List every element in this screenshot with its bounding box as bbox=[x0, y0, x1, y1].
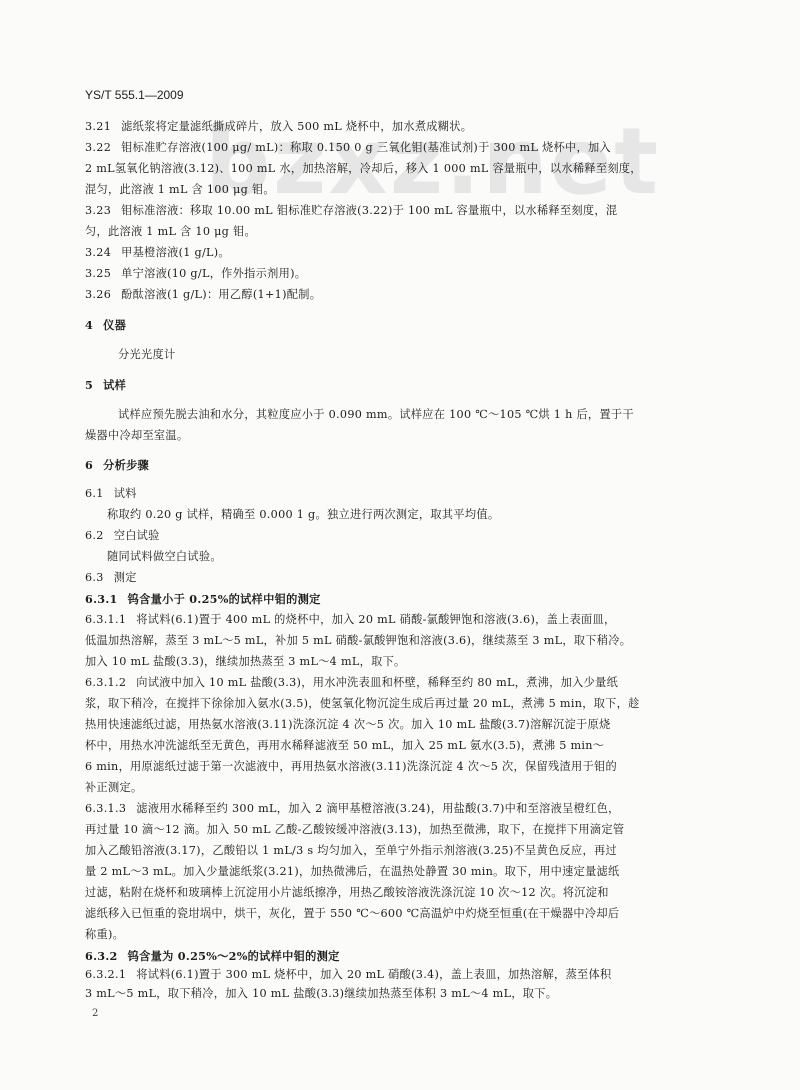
text-line: 2 mL氢氧化钠溶液(3.12)、100 mL 水，加热溶解，冷却后，移入 1 … bbox=[85, 162, 642, 176]
clause-6-3-2-1: 6.3.2.1将试料(6.1)置于 300 mL 烧杯中，加入 20 mL 硝酸… bbox=[85, 968, 611, 982]
text-line: 燥器中冷却至室温。 bbox=[85, 429, 188, 443]
text-line: 浆，取下稍冷，在搅拌下徐徐加入氨水(3.5)，使氢氧化物沉淀生成后再过量 20 … bbox=[85, 697, 640, 711]
clause-6-3-2: 6.3.2钨含量为 0.25%～2%的试样中钼的测定 bbox=[85, 949, 340, 963]
clause-6-3-1: 6.3.1钨含量小于 0.25%的试样中钼的测定 bbox=[85, 592, 321, 606]
clause-3-23: 3.23钼标准溶液：移取 10.00 mL 钼标准贮存溶液(3.22)于 100… bbox=[85, 204, 617, 218]
standard-code-header: YS/T 555.1—2009 bbox=[85, 88, 184, 102]
clause-6-3: 6.3测定 bbox=[85, 571, 137, 585]
text-line: 滤纸移入已恒重的瓷坩埚中，烘干，灰化，置于 550 ℃～600 ℃高温炉中灼烧至… bbox=[85, 907, 619, 921]
section-6-heading: 6分析步骤 bbox=[85, 458, 149, 472]
text-line: 低温加热溶解，蒸至 3 mL～5 mL，补加 5 mL 硝酸-氯酸钾饱和溶液(3… bbox=[85, 634, 631, 648]
text-line: 过滤，粘附在烧杯和玻璃棒上沉淀用小片滤纸擦净，用热乙酸铵溶液洗涤沉淀 10 次～… bbox=[85, 886, 609, 900]
text-line: 6 min，用原滤纸过滤于第一次滤液中，再用热氨水溶液(3.11)洗涤沉淀 4 … bbox=[85, 760, 617, 774]
text-line: 称重)。 bbox=[85, 928, 124, 942]
text-line: 随同试料做空白试验。 bbox=[107, 550, 222, 564]
text-line: 热用快速滤纸过滤，用热氨水溶液(3.11)洗涤沉淀 4 次～5 次。加入 10 … bbox=[85, 718, 610, 732]
text-line: 量 2 mL～3 mL。加入少量滤纸浆(3.21)，加热微沸后，在温热处静置 3… bbox=[85, 865, 620, 879]
section-5-heading: 5试样 bbox=[85, 378, 126, 392]
document-page: YS/T 555.1—2009 3.21滤纸浆将定量滤纸撕成碎片，放入 500 … bbox=[0, 0, 800, 1090]
clause-3-26: 3.26酚酞溶液(1 g/L)：用乙醇(1+1)配制。 bbox=[85, 288, 321, 302]
clause-6-2: 6.2空白试验 bbox=[85, 529, 160, 543]
clause-6-3-1-1: 6.3.1.1将试料(6.1)置于 400 mL 的烧杯中，加入 20 mL 硝… bbox=[85, 613, 616, 627]
text-line: 加入乙酸铅溶液(3.17)，乙酸铅以 1 mL/3 s 均匀加入，至单宁外指示剂… bbox=[85, 844, 617, 858]
text-line: 补正测定。 bbox=[85, 781, 142, 795]
text-line: 3 mL～5 mL，取下稍冷，加入 10 mL 盐酸(3.3)继续加热蒸至体积 … bbox=[85, 987, 557, 1001]
clause-3-21: 3.21滤纸浆将定量滤纸撕成碎片，放入 500 mL 烧杯中，加水煮成糊状。 bbox=[85, 120, 472, 134]
text-line: 混匀，此溶液 1 mL 含 100 μg 钼。 bbox=[85, 183, 275, 197]
clause-3-24: 3.24甲基橙溶液(1 g/L)。 bbox=[85, 246, 230, 260]
text-line: 加入 10 mL 盐酸(3.3)，继续加热蒸至 3 mL～4 mL，取下。 bbox=[85, 655, 406, 669]
section-4-heading: 4仪器 bbox=[85, 318, 126, 332]
clause-6-3-1-3: 6.3.1.3滤液用水稀释至约 300 mL，加入 2 滴甲基橙溶液(3.24)… bbox=[85, 802, 620, 816]
clause-6-3-1-2: 6.3.1.2向试液中加入 10 mL 盐酸(3.3)，用水冲洗表皿和杯壁，稀释… bbox=[85, 676, 618, 690]
page-number: 2 bbox=[92, 1008, 98, 1019]
text-line: 匀，此溶液 1 mL 含 10 μg 钼。 bbox=[85, 225, 256, 239]
text-line: 称取约 0.20 g 试样，精确至 0.000 1 g。独立进行两次测定，取其平… bbox=[107, 508, 499, 522]
text-line: 再过量 10 滴～12 滴。加入 50 mL 乙酸-乙酸铵缓冲溶液(3.13)，… bbox=[85, 823, 624, 837]
clause-3-22: 3.22钼标准贮存溶液(100 μg/ mL)：称取 0.150 0 g 三氧化… bbox=[85, 141, 611, 155]
text-line: 试样应预先脱去油和水分，其粒度应小于 0.090 mm。试样应在 100 ℃～1… bbox=[118, 408, 634, 422]
clause-6-1: 6.1试料 bbox=[85, 487, 137, 501]
text-line: 杯中，用热水冲洗滤纸至无黄色，再用水稀释滤液至 50 mL，加入 25 mL 氨… bbox=[85, 739, 604, 753]
text-line: 分光光度计 bbox=[118, 348, 175, 362]
clause-3-25: 3.25单宁溶液(10 g/L，作外指示剂用)。 bbox=[85, 267, 306, 281]
